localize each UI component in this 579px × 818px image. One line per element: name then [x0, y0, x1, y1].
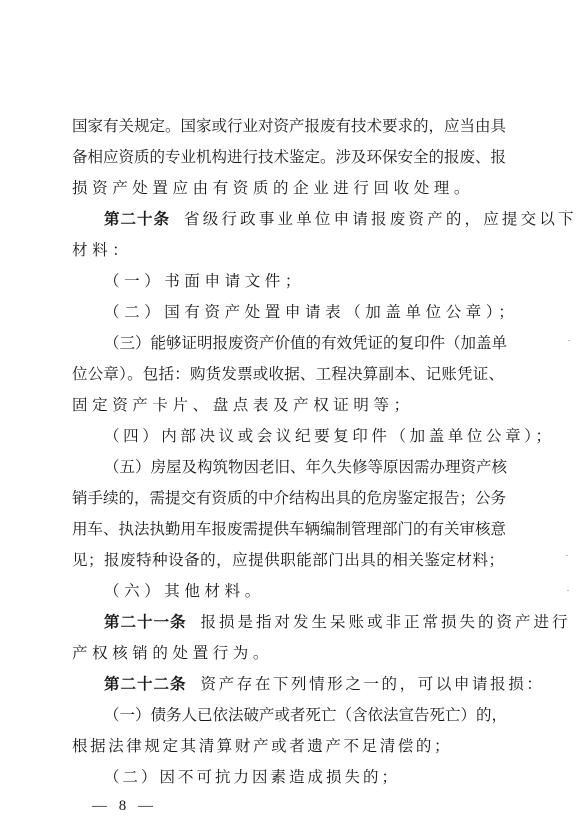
- article-text: 省级行政事业单位申请报废资产的，应提交以下: [184, 210, 577, 228]
- paragraph-line: 用车、执法执勤用车报废需提供车辆编制管理部门的有关审核意: [72, 519, 504, 539]
- article-heading: 第二十条: [104, 210, 170, 228]
- paragraph-line: 见；报废特种设备的，应提供职能部门出具的相关鉴定材料；: [72, 550, 504, 570]
- article-21: 第二十一条报损是指对发生呆账或非正常损失的资产进行: [104, 612, 536, 632]
- paragraph-line: 位公章）。包括：购货发票或收据、工程决算副本、记账凭证、: [72, 364, 504, 384]
- article-20: 第二十条省级行政事业单位申请报废资产的，应提交以下: [104, 209, 536, 229]
- list-item: （一）债务人已依法破产或者死亡（含依法宣告死亡）的，: [104, 705, 504, 725]
- list-item: （五）房屋及构筑物因老旧、年久失修等原因需办理资产核: [104, 457, 504, 477]
- list-item: （六）其他材料。: [104, 581, 536, 601]
- list-item: （二）因不可抗力因素造成损失的；: [104, 767, 536, 787]
- paragraph-line: 销手续的，需提交有资质的中介结构出具的危房鉴定报告；公务: [72, 488, 504, 508]
- document-page: 国家有关规定。国家或行业对资产报废有技术要求的，应当由具 备相应资质的专业机构进…: [0, 0, 579, 818]
- paragraph-line: 根据法律规定其清算财产或者遗产不足清偿的；: [72, 736, 504, 756]
- paragraph-line: 备相应资质的专业机构进行技术鉴定。涉及环保安全的报废、报: [72, 147, 504, 167]
- page-number: — 8 —: [92, 798, 157, 815]
- list-item: （四）内部决议或会议纪要复印件（加盖单位公章）；: [104, 426, 536, 446]
- scan-speck: [566, 555, 568, 556]
- article-heading: 第二十一条: [104, 613, 187, 631]
- paragraph-line: 产权核销的处置行为。: [72, 643, 504, 663]
- scan-speck: [565, 210, 567, 211]
- scan-speck: [568, 340, 570, 341]
- article-text: 报损是指对发生呆账或非正常损失的资产进行: [201, 613, 571, 631]
- list-item: （一）书面申请文件；: [104, 271, 536, 291]
- article-22: 第二十二条资产存在下列情形之一的，可以申请报损：: [104, 674, 536, 694]
- article-heading: 第二十二条: [104, 675, 187, 693]
- list-item: （二）国有资产处置申请表（加盖单位公章）；: [104, 302, 536, 322]
- paragraph-line: 固定资产卡片、盘点表及产权证明等；: [72, 395, 504, 415]
- paragraph-line: 国家有关规定。国家或行业对资产报废有技术要求的，应当由具: [72, 116, 504, 136]
- article-text: 资产存在下列情形之一的，可以申请报损：: [201, 675, 545, 693]
- paragraph-line: 材料：: [72, 240, 504, 260]
- list-item: （三）能够证明报废资产价值的有效凭证的复印件（加盖单: [104, 333, 504, 353]
- paragraph-line: 损资产处置应由有资质的企业进行回收处理。: [72, 178, 504, 198]
- scan-speck: [567, 590, 569, 591]
